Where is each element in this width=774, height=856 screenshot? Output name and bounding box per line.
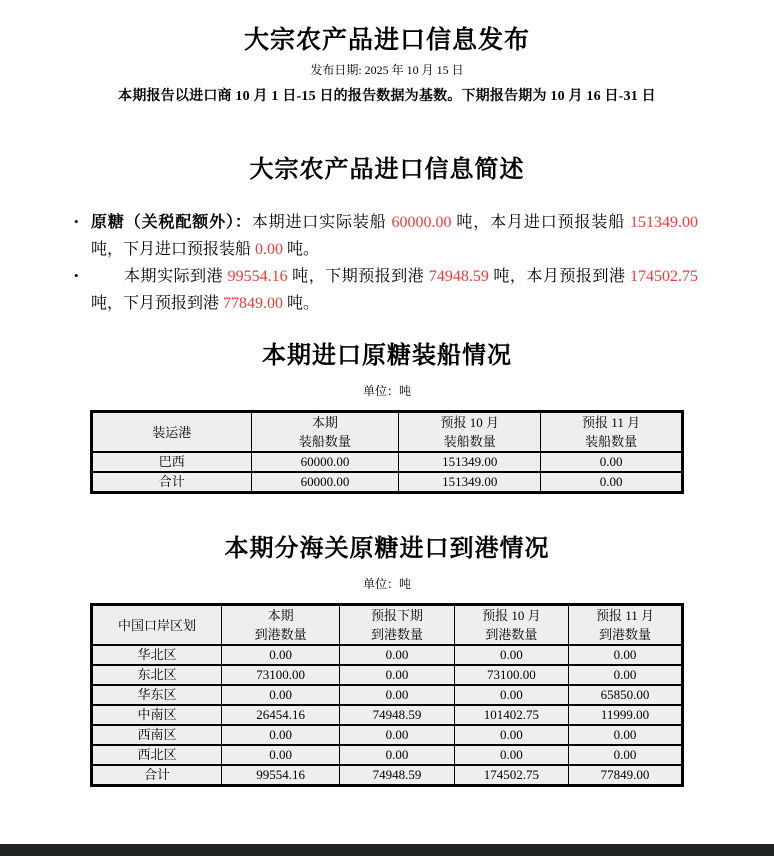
table-row: 华东区0.000.000.0065850.00 — [92, 685, 683, 705]
table-row: 合计60000.00151349.000.00 — [92, 472, 683, 493]
cell-value: 0.00 — [568, 745, 682, 765]
bottom-bar — [0, 844, 774, 856]
table-row: 东北区73100.000.0073100.000.00 — [92, 665, 683, 685]
cell-value: 0.00 — [568, 725, 682, 745]
cell-value: 0.00 — [454, 745, 568, 765]
summary-bullet: •原糖（关税配额外）：本期进口实际装船 60000.00 吨，本月进口预报装船 … — [72, 209, 698, 263]
text-segment: 吨，下月进口预报装船 — [91, 241, 255, 258]
cell-value: 151349.00 — [399, 452, 541, 472]
cell-value: 77849.00 — [568, 765, 682, 786]
cell-value: 0.00 — [340, 725, 455, 745]
column-header: 预报 11 月装船数量 — [541, 412, 683, 453]
table-row: 西北区0.000.000.000.00 — [92, 745, 683, 765]
cell-value: 0.00 — [340, 685, 455, 705]
highlighted-value: 77849.00 — [223, 295, 283, 312]
row-label: 西南区 — [92, 725, 222, 745]
row-label: 合计 — [92, 472, 252, 493]
row-label: 西北区 — [92, 745, 222, 765]
table-header-row: 装运港本期装船数量预报 10 月装船数量预报 11 月装船数量 — [92, 412, 683, 453]
text-segment: 吨，下月预报到港 — [91, 295, 223, 312]
column-header: 预报 10 月到港数量 — [454, 605, 568, 646]
cell-value: 0.00 — [568, 645, 682, 665]
table-row: 中南区26454.1674948.59101402.7511999.00 — [92, 705, 683, 725]
text-segment: 原糖（关税配额外）： — [91, 214, 252, 231]
bullet-dot-icon: • — [74, 262, 79, 289]
cell-value: 74948.59 — [340, 705, 455, 725]
column-header: 预报 10 月装船数量 — [399, 412, 541, 453]
table-row: 西南区0.000.000.000.00 — [92, 725, 683, 745]
cell-value: 0.00 — [541, 452, 683, 472]
cell-value: 65850.00 — [568, 685, 682, 705]
arrival-unit-label: 单位：吨 — [0, 575, 774, 592]
cell-value: 73100.00 — [454, 665, 568, 685]
summary-section-title: 大宗农产品进口信息简述 — [0, 149, 774, 184]
bullet-dot-icon: • — [74, 208, 79, 235]
cell-value: 74948.59 — [340, 765, 455, 786]
column-header: 中国口岸区划 — [92, 605, 222, 646]
cell-value: 151349.00 — [399, 472, 541, 493]
column-header: 本期到港数量 — [222, 605, 340, 646]
cell-value: 60000.00 — [251, 452, 399, 472]
table-row: 巴西60000.00151349.000.00 — [92, 452, 683, 472]
cell-value: 60000.00 — [251, 472, 399, 493]
row-label: 华东区 — [92, 685, 222, 705]
text-segment: 本期进口实际装船 — [252, 214, 392, 231]
cell-value: 0.00 — [222, 685, 340, 705]
cell-value: 0.00 — [454, 725, 568, 745]
text-segment: 吨。 — [283, 295, 319, 312]
text-segment: 吨，本月进口预报装船 — [452, 214, 630, 231]
summary-bullet: • 本期实际到港 99554.16 吨，下期预报到港 74948.59 吨，本月… — [72, 263, 698, 317]
cell-value: 0.00 — [568, 665, 682, 685]
arrival-section-title: 本期分海关原糖进口到港情况 — [0, 528, 774, 563]
report-period-notice: 本期报告以进口商 10 月 1 日-15 日的报告数据为基数。下期报告期为 10… — [0, 85, 774, 105]
cell-value: 0.00 — [222, 725, 340, 745]
cell-value: 0.00 — [340, 745, 455, 765]
highlighted-value: 151349.00 — [630, 214, 698, 231]
cell-value: 0.00 — [340, 665, 455, 685]
table-header-row: 中国口岸区划本期到港数量预报下期到港数量预报 10 月到港数量预报 11 月到港… — [92, 605, 683, 646]
summary-bullet-list: •原糖（关税配额外）：本期进口实际装船 60000.00 吨，本月进口预报装船 … — [72, 209, 698, 317]
highlighted-value: 0.00 — [255, 241, 283, 258]
cell-value: 26454.16 — [222, 705, 340, 725]
cell-value: 11999.00 — [568, 705, 682, 725]
row-label: 巴西 — [92, 452, 252, 472]
cell-value: 0.00 — [541, 472, 683, 493]
row-label: 中南区 — [92, 705, 222, 725]
arrival-table: 中国口岸区划本期到港数量预报下期到港数量预报 10 月到港数量预报 11 月到港… — [90, 603, 684, 787]
column-header: 预报下期到港数量 — [340, 605, 455, 646]
cell-value: 101402.75 — [454, 705, 568, 725]
document-page: 大宗农产品进口信息发布 发布日期: 2025 年 10 月 15 日 本期报告以… — [0, 0, 774, 787]
text-segment: 吨，下期预报到港 — [288, 268, 429, 285]
column-header: 装运港 — [92, 412, 252, 453]
cell-value: 0.00 — [340, 645, 455, 665]
highlighted-value: 174502.75 — [630, 268, 698, 285]
cell-value: 73100.00 — [222, 665, 340, 685]
table-row: 合计99554.1674948.59174502.7577849.00 — [92, 765, 683, 786]
shipment-table: 装运港本期装船数量预报 10 月装船数量预报 11 月装船数量巴西60000.0… — [90, 410, 684, 494]
row-label: 华北区 — [92, 645, 222, 665]
text-segment: 本期实际到港 — [91, 268, 228, 285]
shipment-section-title: 本期进口原糖装船情况 — [0, 335, 774, 370]
text-segment: 吨，本月预报到港 — [489, 268, 630, 285]
column-header: 预报 11 月到港数量 — [568, 605, 682, 646]
publish-date: 发布日期: 2025 年 10 月 15 日 — [0, 61, 774, 78]
cell-value: 99554.16 — [222, 765, 340, 786]
cell-value: 0.00 — [222, 745, 340, 765]
cell-value: 0.00 — [454, 645, 568, 665]
highlighted-value: 99554.16 — [228, 268, 288, 285]
shipment-unit-label: 单位：吨 — [0, 382, 774, 399]
row-label: 合计 — [92, 765, 222, 786]
cell-value: 0.00 — [222, 645, 340, 665]
cell-value: 174502.75 — [454, 765, 568, 786]
cell-value: 0.00 — [454, 685, 568, 705]
highlighted-value: 74948.59 — [429, 268, 489, 285]
row-label: 东北区 — [92, 665, 222, 685]
column-header: 本期装船数量 — [251, 412, 399, 453]
page-title: 大宗农产品进口信息发布 — [0, 20, 774, 56]
text-segment: 吨。 — [283, 241, 319, 258]
table-row: 华北区0.000.000.000.00 — [92, 645, 683, 665]
highlighted-value: 60000.00 — [392, 214, 452, 231]
